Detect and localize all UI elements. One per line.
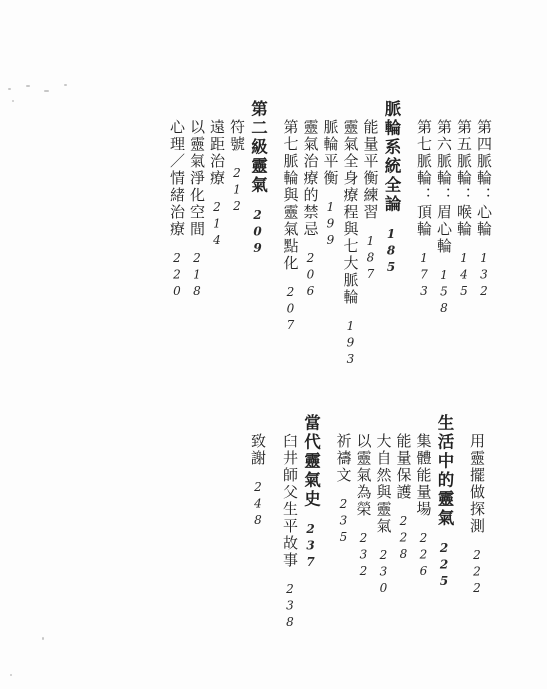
toc-entry: 能量保護228: [396, 414, 411, 674]
toc-entry: 第七脈輪：頂輪173: [416, 100, 431, 445]
toc-entry-title: 脈輪系統全論: [382, 100, 401, 214]
toc-entry-page-number: 235: [337, 497, 351, 547]
toc-entry-page-number: 232: [357, 531, 371, 581]
toc-entry-title: 第七脈輪：頂輪: [415, 119, 433, 238]
toc-entry-title: 致謝: [249, 433, 267, 467]
toc-entry-title: 靈氣全身療程與七大脈輪: [342, 119, 360, 306]
toc-entry-title: 集體能量場: [415, 433, 433, 518]
toc-entry-page-number: 248: [251, 480, 265, 530]
toc-entry-page-number: 209: [251, 208, 265, 258]
toc-entry-page-number: 228: [397, 514, 411, 564]
toc-entry-title: 符號: [228, 119, 246, 153]
scanned-toc-page: 第四脈輪：心輪132第五脈輪：喉輪145第六脈輪：眉心輪158第七脈輪：頂輪17…: [0, 0, 547, 689]
toc-entry: 生活中的靈氣225: [436, 414, 453, 674]
scan-noise-speck: [10, 674, 12, 676]
toc-entry-page-number: 207: [284, 285, 298, 335]
toc-entry-title: 以靈氣淨化空間: [188, 119, 206, 238]
toc-entry: 第四脈輪：心輪132: [476, 100, 491, 445]
toc-entry: 第六脈輪：眉心輪158: [436, 100, 451, 445]
toc-entry-title: 靈氣治療的禁忌: [302, 119, 320, 238]
toc-entry-title: 第六脈輪：眉心輪: [435, 119, 453, 255]
toc-entry-page-number: 222: [470, 548, 484, 598]
toc-entry-title: 遠距治療: [208, 119, 226, 187]
toc-entry-page-number: 158: [437, 268, 451, 318]
toc-entry-page-number: 225: [437, 541, 451, 591]
toc-entry-page-number: 237: [304, 522, 318, 572]
toc-entry-page-number: 212: [230, 166, 244, 216]
toc-entry: 遠距治療214: [209, 100, 224, 445]
toc-entry: 用靈擺做探測222: [469, 414, 484, 674]
toc-entry-title: 祈禱文: [335, 433, 353, 484]
toc-block-bottom: 用靈擺做探測222生活中的靈氣225集體能量場226能量保護228大自然與靈氣2…: [245, 414, 489, 674]
toc-entry-title: 脈輪平衡: [322, 119, 340, 187]
toc-entry: 心理／情緒治療220: [169, 100, 184, 445]
toc-entry: 第五脈輪：喉輪145: [456, 100, 471, 445]
toc-entry-page-number: 238: [283, 582, 297, 632]
toc-entry: 大自然與靈氣230: [376, 414, 391, 674]
toc-entry-title: 第五脈輪：喉輪: [455, 119, 473, 238]
toc-entry-page-number: 230: [377, 548, 391, 598]
toc-entry-page-number: 206: [304, 251, 318, 301]
toc-entry-page-number: 214: [210, 200, 224, 250]
toc-entry-page-number: 132: [477, 251, 491, 301]
toc-entry-title: 心理／情緒治療: [168, 119, 186, 238]
toc-entry: 第七脈輪與靈氣點化207: [283, 100, 298, 445]
toc-entry: 致謝248: [250, 414, 265, 674]
scan-noise-speck: [26, 85, 30, 87]
toc-entry-title: 生活中的靈氣: [435, 414, 454, 528]
toc-entry: 臼井師父生平故事238: [282, 414, 297, 674]
toc-entry: 當代靈氣史237: [302, 414, 319, 674]
toc-entry: 靈氣治療的禁忌206: [303, 100, 318, 445]
scan-noise-speck: [8, 88, 11, 90]
toc-entry-page-number: 173: [417, 251, 431, 301]
toc-entry-title: 大自然與靈氣: [375, 433, 393, 535]
scan-noise-speck: [12, 100, 14, 102]
toc-entry: 脈輪系統全論185: [383, 100, 400, 445]
toc-entry-page-number: 218: [190, 251, 204, 301]
scan-noise-speck: [44, 90, 49, 92]
scan-noise-speck: [64, 84, 67, 86]
toc-entry: 以靈氣為榮232: [356, 414, 371, 674]
toc-entry-title: 臼井師父生平故事: [281, 433, 299, 569]
toc-entry-title: 能量平衡練習: [362, 119, 380, 221]
toc-entry-page-number: 193: [344, 319, 358, 369]
toc-entry-page-number: 220: [170, 251, 184, 301]
toc-entry-page-number: 187: [364, 234, 378, 284]
toc-entry-title: 以靈氣為榮: [355, 433, 373, 518]
toc-entry-page-number: 199: [324, 200, 338, 250]
toc-entry: 以靈氣淨化空間218: [189, 100, 204, 445]
toc-entry-title: 用靈擺做探測: [468, 433, 486, 535]
toc-entry: 能量平衡練習187: [363, 100, 378, 445]
toc-entry: 脈輪平衡199: [323, 100, 338, 445]
toc-entry-title: 能量保護: [395, 433, 413, 501]
toc-entry-title: 第四脈輪：心輪: [475, 119, 493, 238]
toc-block-top: 第四脈輪：心輪132第五脈輪：喉輪145第六脈輪：眉心輪158第七脈輪：頂輪17…: [164, 100, 496, 445]
toc-entry: 祈禱文235: [336, 414, 351, 674]
toc-entry: 靈氣全身療程與七大脈輪193: [343, 100, 358, 445]
scan-noise-speck: [42, 637, 44, 640]
toc-entry: 集體能量場226: [416, 414, 431, 674]
toc-entry: 第二級靈氣209: [249, 100, 266, 445]
toc-entry-title: 第七脈輪與靈氣點化: [282, 119, 300, 272]
toc-entry-page-number: 185: [384, 227, 398, 277]
toc-entry: 符號212: [229, 100, 244, 445]
toc-entry-title: 第二級靈氣: [249, 100, 268, 195]
toc-entry-title: 當代靈氣史: [302, 414, 321, 509]
toc-entry-page-number: 226: [417, 531, 431, 581]
toc-entry-page-number: 145: [457, 251, 471, 301]
